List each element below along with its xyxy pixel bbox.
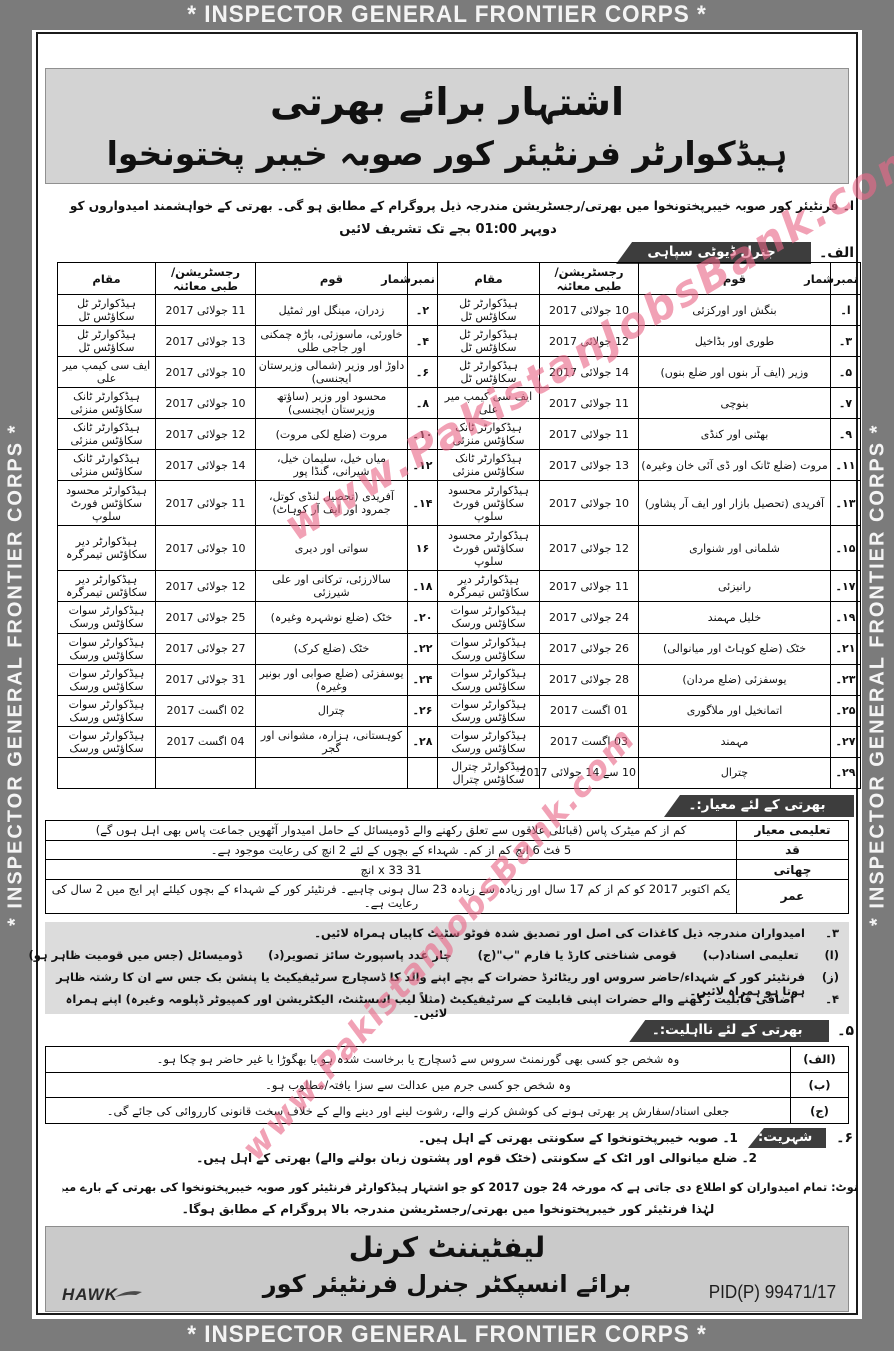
document-item-tag: (ب) [703,948,725,962]
table-cell: 10 جولائی 2017 [156,388,256,419]
hawk-logo-swoosh [114,1288,144,1302]
citizenship-bar: شہریت: [748,1128,826,1148]
table-header-cell: مقام [438,263,540,295]
table-cell: چترال [639,757,831,788]
table-cell: ۷۔ [831,388,861,419]
criteria-row: قد5 فٹ 6 انچ کم از کم۔ شہداء کے بچوں کے … [46,840,849,860]
note-line2: لہٰذا فرنٹیئر کور خیبرپختونخوا میں بھرتی… [42,1202,854,1216]
table-cell: ہیڈکوارٹر محسود سکاؤٹس فورٹ سلوپ [58,481,156,526]
table-cell: خٹک (ضلع کرک) [256,633,408,664]
table-cell: ہیڈکوارٹر دیر سکاؤٹس تیمرگرہ [58,571,156,602]
disqualification-text: جعلی اسناد/سفارش پر بھرتی ہونے کی کوشش ک… [46,1098,791,1124]
table-cell: چترال [256,695,408,726]
table-row: ۱۹۔خلیل مہمند24 جولائی 2017ہیڈکوارٹر سوا… [58,602,861,633]
signature-box: لیفٹیننٹ کرنل برائے انسپکٹر جنرل فرنٹیئر… [45,1226,849,1312]
table-cell: ہیڈکوارٹر محسود سکاؤٹس فورٹ سلوپ [438,481,540,526]
table-cell: 11 جولائی 2017 [540,571,639,602]
disqualification-row: (ج)جعلی اسناد/سفارش پر بھرتی ہونے کی کوش… [46,1098,849,1124]
table-row: ۲۵۔اتمانخیل اور ملاگوری01 اگست 2017ہیڈکو… [58,695,861,726]
table-row: ۱۳۔آفریدی (تحصیل بازار اور ایف آر پشاور)… [58,481,861,526]
criteria-label: عمر [737,879,849,913]
table-row: ا۔بنگش اور اورکزئی10 جولائی 2017ہیڈکوارٹ… [58,295,861,326]
table-cell: 12 جولائی 2017 [156,419,256,450]
criteria-label: چھاتی [737,860,849,880]
disqualification-label: (الف) [791,1047,849,1073]
table-cell: ہیڈکوارٹر سوات سکاؤٹس ورسک [438,726,540,757]
table-cell: 10 سے 14 جولائی 2017 [540,757,639,788]
table-cell: ۱۱۔ [831,450,861,481]
table-cell: وزیر (ایف آر بنوں اور ضلع بنوں) [639,357,831,388]
criteria-label: قد [737,840,849,860]
table-row: ۵۔وزیر (ایف آر بنوں اور ضلع بنوں)14 جولا… [58,357,861,388]
left-banner-text: * INSPECTOR GENERAL FRONTIER CORPS * [0,30,32,1319]
table-cell: 10 جولائی 2017 [156,526,256,571]
table-cell: خٹک (ضلع کوہاٹ اور میانوالی) [639,633,831,664]
table-cell: مروت (ضلع لکی مروت) [256,419,408,450]
document-item: (ب)قومی شناختی کارڈ یا فارم "ب" [496,948,724,962]
document-item-tag: (ج) [478,948,497,962]
table-cell: ۳۔ [831,326,861,357]
table-row: ۳۔طوری اور بڈاخیل12 جولائی 2017ہیڈکوارٹر… [58,326,861,357]
table-cell: 03 اگست 2017 [540,726,639,757]
hawk-logo-text: HAWK [62,1285,118,1305]
table-cell: طوری اور بڈاخیل [639,326,831,357]
disqualification-text: وہ شخص جو کسی بھی گورنمنٹ سروس سے ڈسچارج… [46,1047,791,1073]
table-cell: 11 جولائی 2017 [156,295,256,326]
table-cell: یوسفزئی (ضلع صوابی اور بونیر وغیرہ) [256,664,408,695]
table-header-cell: نمبرشمار [408,263,438,295]
table-cell: ۱۹۔ [831,602,861,633]
table-row: ۱۵۔شلمانی اور شنواری12 جولائی 2017ہیڈکوا… [58,526,861,571]
document-item-text: تعلیمی اسناد [725,948,799,962]
disqualification-row: (ب)وہ شخص جو کسی جرم میں عدالت سے سزا یا… [46,1072,849,1098]
table-cell: ۲۹۔ [831,757,861,788]
table-cell: ۲۰۔ [408,602,438,633]
table-cell: ہیڈکوارٹر سوات سکاؤٹس ورسک [438,633,540,664]
table-cell: ۲۔ [408,295,438,326]
table-cell: ہیڈکوارٹر ٹل سکاؤٹس ٹل [438,295,540,326]
table-cell: ۶۔ [408,357,438,388]
table-cell [256,757,408,788]
table-cell: 24 جولائی 2017 [540,602,639,633]
criteria-section-header: بھرتی کے لئے معیار:۔ [664,795,854,817]
ad-title: اشتہار برائے بھرتی [270,80,624,124]
table-cell: ۱۴۔ [408,481,438,526]
criteria-row: عمریکم اکتوبر 2017 کو کم از کم 17 سال او… [46,879,849,913]
criteria-row: تعلیمی معیارکم از کم میٹرک پاس (قبائلی ع… [46,821,849,841]
table-cell: 10 جولائی 2017 [156,357,256,388]
ad-subtitle: ہیڈکوارٹر فرنٹیئر کور صوبہ خیبر پختونخوا [107,134,788,173]
table-cell: ہیڈکوارٹر ٹانک سکاؤٹس منزئی [58,388,156,419]
table-cell: ہیڈکوارٹر ٹانک سکاؤٹس منزئی [58,419,156,450]
table-cell: بھٹنی اور کنڈی [639,419,831,450]
table-cell: 14 جولائی 2017 [540,357,639,388]
table-row: ۲۷۔مہمند03 اگست 2017ہیڈکوارٹر سوات سکاؤٹ… [58,726,861,757]
table-cell: سالارزئی، ترکانی اور علی شیرزئی [256,571,408,602]
table-row: ۲۳۔یوسفزئی (ضلع مردان)28 جولائی 2017ہیڈک… [58,664,861,695]
document-item-tag: (د) [268,948,284,962]
item-4-number: ۴۔ [805,992,839,1006]
table-cell: خٹک (ضلع نوشہرہ وغیرہ) [256,602,408,633]
disqualification-number: ۵۔ [837,1023,854,1039]
table-row: ۱۷۔رانیزئی11 جولائی 2017ہیڈکوارٹر دیر سک… [58,571,861,602]
left-banner: * INSPECTOR GENERAL FRONTIER CORPS * [0,30,32,1319]
table-header-cell: نمبرشمار [831,263,861,295]
table-cell: ۹۔ [831,419,861,450]
disqualification-text: وہ شخص جو کسی جرم میں عدالت سے سزا یافتہ… [46,1072,791,1098]
table-cell: بنگش اور اورکزئی [639,295,831,326]
table-cell: 11 جولائی 2017 [540,388,639,419]
pid-number: PID(P) 99471/17 [709,1282,836,1303]
table-header-cell: رجسٹریشن/طبی معائنہ [540,263,639,295]
disqualification-row: (الف)وہ شخص جو کسی بھی گورنمنٹ سروس سے ڈ… [46,1047,849,1073]
documents-item-z: (ز) فرنٹیئر کور کے شہداء/حاضر سروس اور ر… [55,970,839,992]
table-cell: ۲۶۔ [408,695,438,726]
advertisement-page: اشتہار برائے بھرتی ہیڈکوارٹر فرنٹیئر کور… [32,30,862,1319]
table-cell: ہیڈکوارٹر سوات سکاؤٹس ورسک [58,664,156,695]
item-3-number: ۳۔ [805,926,839,940]
bottom-banner: * INSPECTOR GENERAL FRONTIER CORPS * [0,1319,894,1351]
table-cell: 11 جولائی 2017 [156,481,256,526]
table-cell: ہیڈکوارٹر ٹانک سکاؤٹس منزئی [438,419,540,450]
table-cell: مروت (ضلع ٹانک اور ڈی آئی خان وغیرہ) [639,450,831,481]
document-item-text: قومی شناختی کارڈ یا فارم "ب" [496,948,676,962]
table-header-row: نمبرشمارقومرجسٹریشن/طبی معائنہمقامنمبرشم… [58,263,861,295]
table-row: ۲۱۔خٹک (ضلع کوہاٹ اور میانوالی)26 جولائی… [58,633,861,664]
table-cell: 26 جولائی 2017 [540,633,639,664]
table-cell: ہیڈکوارٹر ٹل سکاؤٹس ٹل [58,326,156,357]
table-cell: خاورئی، ماسوزئی، باڑہ چمکنی اور جاجی طلی [256,326,408,357]
table-cell: ایف سی کیمپ میر علی [58,357,156,388]
table-cell [156,757,256,788]
table-cell: 13 جولائی 2017 [540,450,639,481]
table-cell: ۲۳۔ [831,664,861,695]
table-row: ۲۹۔چترال10 سے 14 جولائی 2017ہیڈکوارٹر چت… [58,757,861,788]
criteria-text: کم از کم میٹرک پاس (قبائلی علاقوں سے تعل… [46,821,737,841]
right-banner-text: * INSPECTOR GENERAL FRONTIER CORPS * [862,30,894,1319]
table-cell: ا۔ [831,295,861,326]
table-cell: ۱۸۔ [408,571,438,602]
documents-item-4: ۴۔ اضافی قابلیت رکھنے والے حضرات اپنی قا… [55,992,839,1014]
note-line1: نوٹ: تمام امیدواران کو اطلاع دی جاتی ہے … [63,1180,858,1194]
table-cell: ہیڈکوارٹر چترال سکاؤٹس چترال [438,757,540,788]
right-banner: * INSPECTOR GENERAL FRONTIER CORPS * [862,30,894,1319]
table-cell: ۱۷۔ [831,571,861,602]
table-cell: 14 جولائی 2017 [156,450,256,481]
table-cell: ۱۰۔ [408,419,438,450]
table-cell: 27 جولائی 2017 [156,633,256,664]
table-cell: 25 جولائی 2017 [156,602,256,633]
table-cell: ہیڈکوارٹر سوات سکاؤٹس ورسک [58,726,156,757]
table-cell: محسود اور وزیر (ساؤتھ وزیرستان ایجنسی) [256,388,408,419]
bottom-banner-text: * INSPECTOR GENERAL FRONTIER CORPS * [27,1319,867,1351]
table-cell: ۲۱۔ [831,633,861,664]
table-cell: ہیڈکوارٹر سوات سکاؤٹس ورسک [58,602,156,633]
table-cell: اتمانخیل اور ملاگوری [639,695,831,726]
table-cell: ۱۲۔ [408,450,438,481]
documents-item-3: ۳۔ امیدواران مندرجہ ذیل کاغذات کی اصل او… [55,926,839,948]
table-cell: میاں خیل، سلیمان خیل، شیرانی، گنڈا پور [256,450,408,481]
intro-paragraph-line1: ا۔ فرنٹیئر کور صوبہ خیبرپختونخوا میں بھر… [66,198,854,213]
title-box: اشتہار برائے بھرتی ہیڈکوارٹر فرنٹیئر کور… [45,68,849,184]
table-cell: ایف سی کیمپ میر علی [438,388,540,419]
table-cell: ہیڈکوارٹر دیر سکاؤٹس تیمرگرہ [438,571,540,602]
table-cell: ۲۸۔ [408,726,438,757]
signatory-rank: لیفٹیننٹ کرنل [46,1231,848,1264]
table-cell: 13 جولائی 2017 [156,326,256,357]
table-row: ۱۱۔مروت (ضلع ٹانک اور ڈی آئی خان وغیرہ)1… [58,450,861,481]
table-cell: ۲۴۔ [408,664,438,695]
disqualification-section-header: بھرتی کے لئے نااہلیت:۔ ۵۔ [629,1020,854,1042]
table-cell: آفریدی (تحصیل بازار اور ایف آر پشاور) [639,481,831,526]
top-banner-text: * INSPECTOR GENERAL FRONTIER CORPS * [27,0,867,30]
table-cell: ۱۳۔ [831,481,861,526]
table-cell: یوسفزئی (ضلع مردان) [639,664,831,695]
table-cell: 31 جولائی 2017 [156,664,256,695]
table-header-cell: رجسٹریشن/طبی معائنہ [156,263,256,295]
document-item: (ج)چار عدد پاسپورٹ سائز تصویر [285,948,497,962]
document-item-text: چار عدد پاسپورٹ سائز تصویر [285,948,452,962]
criteria-table: تعلیمی معیارکم از کم میٹرک پاس (قبائلی ع… [45,820,849,914]
section-a-header: جنرل ڈیوٹی سپاہی الف۔ [616,242,854,264]
table-cell: ہیڈکوارٹر ٹل سکاؤٹس ٹل [438,357,540,388]
table-cell: 04 اگست 2017 [156,726,256,757]
documents-panel: ۳۔ امیدواران مندرجہ ذیل کاغذات کی اصل او… [45,922,849,1014]
criteria-label: تعلیمی معیار [737,821,849,841]
table-row: ۹۔بھٹنی اور کنڈی11 جولائی 2017ہیڈکوارٹر … [58,419,861,450]
document-item-text: ڈومیسائل (جس میں قومیت ظاہر ہو) [28,948,242,962]
criteria-text: 31 x 33 انچ [46,860,737,880]
document-item-tag: (ا) [825,948,839,962]
table-cell: زدران، مینگل اور ثمٹیل [256,295,408,326]
table-cell: بنوچی [639,388,831,419]
recruitment-schedule-table: نمبرشمارقومرجسٹریشن/طبی معائنہمقامنمبرشم… [57,262,861,789]
table-cell: 02 اگست 2017 [156,695,256,726]
table-cell: ہیڈکوارٹر سوات سکاؤٹس ورسک [58,695,156,726]
section-a-number: الف۔ [819,245,854,261]
table-cell: ہیڈکوارٹر سوات سکاؤٹس ورسک [438,695,540,726]
section-a-bar: جنرل ڈیوٹی سپاہی [616,242,811,264]
table-cell: ۱۶ [408,526,438,571]
table-cell: ۲۲۔ [408,633,438,664]
intro-paragraph-line2: دوپہر 01:00 بجے تک تشریف لائیں [42,222,854,237]
citizenship-item-2: 2۔ ضلع میانوالی اور اٹک کے سکونتی (خٹک ق… [45,1151,757,1165]
table-cell: ہیڈکوارٹر سوات سکاؤٹس ورسک [58,633,156,664]
newspaper-ad-scan: { "colors": { "frame": "#7b7b7b", "bar":… [0,0,894,1351]
top-banner: * INSPECTOR GENERAL FRONTIER CORPS * [0,0,894,30]
table-cell [408,757,438,788]
table-cell: ۴۔ [408,326,438,357]
table-cell: 10 جولائی 2017 [540,481,639,526]
table-cell: ہیڈکوارٹر دیر سکاؤٹس تیمرگرہ [58,526,156,571]
table-cell: ہیڈکوارٹر ٹل سکاؤٹس ٹل [438,326,540,357]
disqualification-label: (ب) [791,1072,849,1098]
table-cell: ہیڈکوارٹر سوات سکاؤٹس ورسک [438,602,540,633]
criteria-row: چھاتی31 x 33 انچ [46,860,849,880]
document-item: (ا)تعلیمی اسناد [725,948,839,962]
table-cell: 28 جولائی 2017 [540,664,639,695]
table-cell [58,757,156,788]
disqualification-label: (ج) [791,1098,849,1124]
table-cell: رانیزئی [639,571,831,602]
table-cell: ۵۔ [831,357,861,388]
table-header-cell: قوم [639,263,831,295]
criteria-text: یکم اکتوبر 2017 کو کم از کم 17 سال اور ز… [46,879,737,913]
table-row: ۷۔بنوچی11 جولائی 2017ایف سی کیمپ میر علی… [58,388,861,419]
hawk-logo: HAWK [62,1285,144,1305]
table-cell: 12 جولائی 2017 [540,326,639,357]
citizenship-row: ۶۔ شہریت: 1۔ صوبہ خیبرپختونخوا کے سکونتی… [45,1127,853,1149]
table-cell: ہیڈکوارٹر سوات سکاؤٹس ورسک [438,664,540,695]
table-cell: 12 جولائی 2017 [156,571,256,602]
table-cell: 10 جولائی 2017 [540,295,639,326]
table-cell: شلمانی اور شنواری [639,526,831,571]
item-z-number: (ز) [805,970,839,984]
citizenship-number: ۶۔ [836,1130,853,1146]
table-cell: خلیل مہمند [639,602,831,633]
table-cell: 01 اگست 2017 [540,695,639,726]
table-cell: ۱۵۔ [831,526,861,571]
documents-list-line: (ا)تعلیمی اسناد(ب)قومی شناختی کارڈ یا فا… [55,948,839,970]
table-cell: 12 جولائی 2017 [540,526,639,571]
table-cell: کوہستانی، ہزارہ، مشوانی اور گجر [256,726,408,757]
table-cell: ۸۔ [408,388,438,419]
criteria-bar: بھرتی کے لئے معیار:۔ [664,795,854,817]
disqualification-table: (الف)وہ شخص جو کسی بھی گورنمنٹ سروس سے ڈ… [45,1046,849,1124]
table-cell: داوڑ اور وزیر (شمالی وزیرستان ایجنسی) [256,357,408,388]
table-cell: ہیڈکوارٹر ٹل سکاؤٹس ٹل [58,295,156,326]
document-item: (د)ڈومیسائل (جس میں قومیت ظاہر ہو) [28,948,284,962]
citizenship-item-1: 1۔ صوبہ خیبرپختونخوا کے سکونتی بھرتی کے … [418,1131,738,1145]
disqualification-bar: بھرتی کے لئے نااہلیت:۔ [629,1020,829,1042]
table-cell: ہیڈکوارٹر ٹانک سکاؤٹس منزئی [438,450,540,481]
table-cell: 11 جولائی 2017 [540,419,639,450]
table-cell: آفریدی (تحصیل لنڈی کوتل، جمرود اور ایف آ… [256,481,408,526]
criteria-text: 5 فٹ 6 انچ کم از کم۔ شہداء کے بچوں کے لئ… [46,840,737,860]
table-cell: سواتی اور دیری [256,526,408,571]
table-header-cell: مقام [58,263,156,295]
table-cell: ۲۵۔ [831,695,861,726]
item-3-text: امیدواران مندرجہ ذیل کاغذات کی اصل اور ت… [55,926,805,940]
table-cell: ہیڈکوارٹر محسود سکاؤٹس فورٹ سلوپ [438,526,540,571]
table-cell: ۲۷۔ [831,726,861,757]
item-4-text: اضافی قابلیت رکھنے والے حضرات اپنی قابلی… [55,992,805,1020]
table-cell: ہیڈکوارٹر ٹانک سکاؤٹس منزئی [58,450,156,481]
table-cell: مہمند [639,726,831,757]
